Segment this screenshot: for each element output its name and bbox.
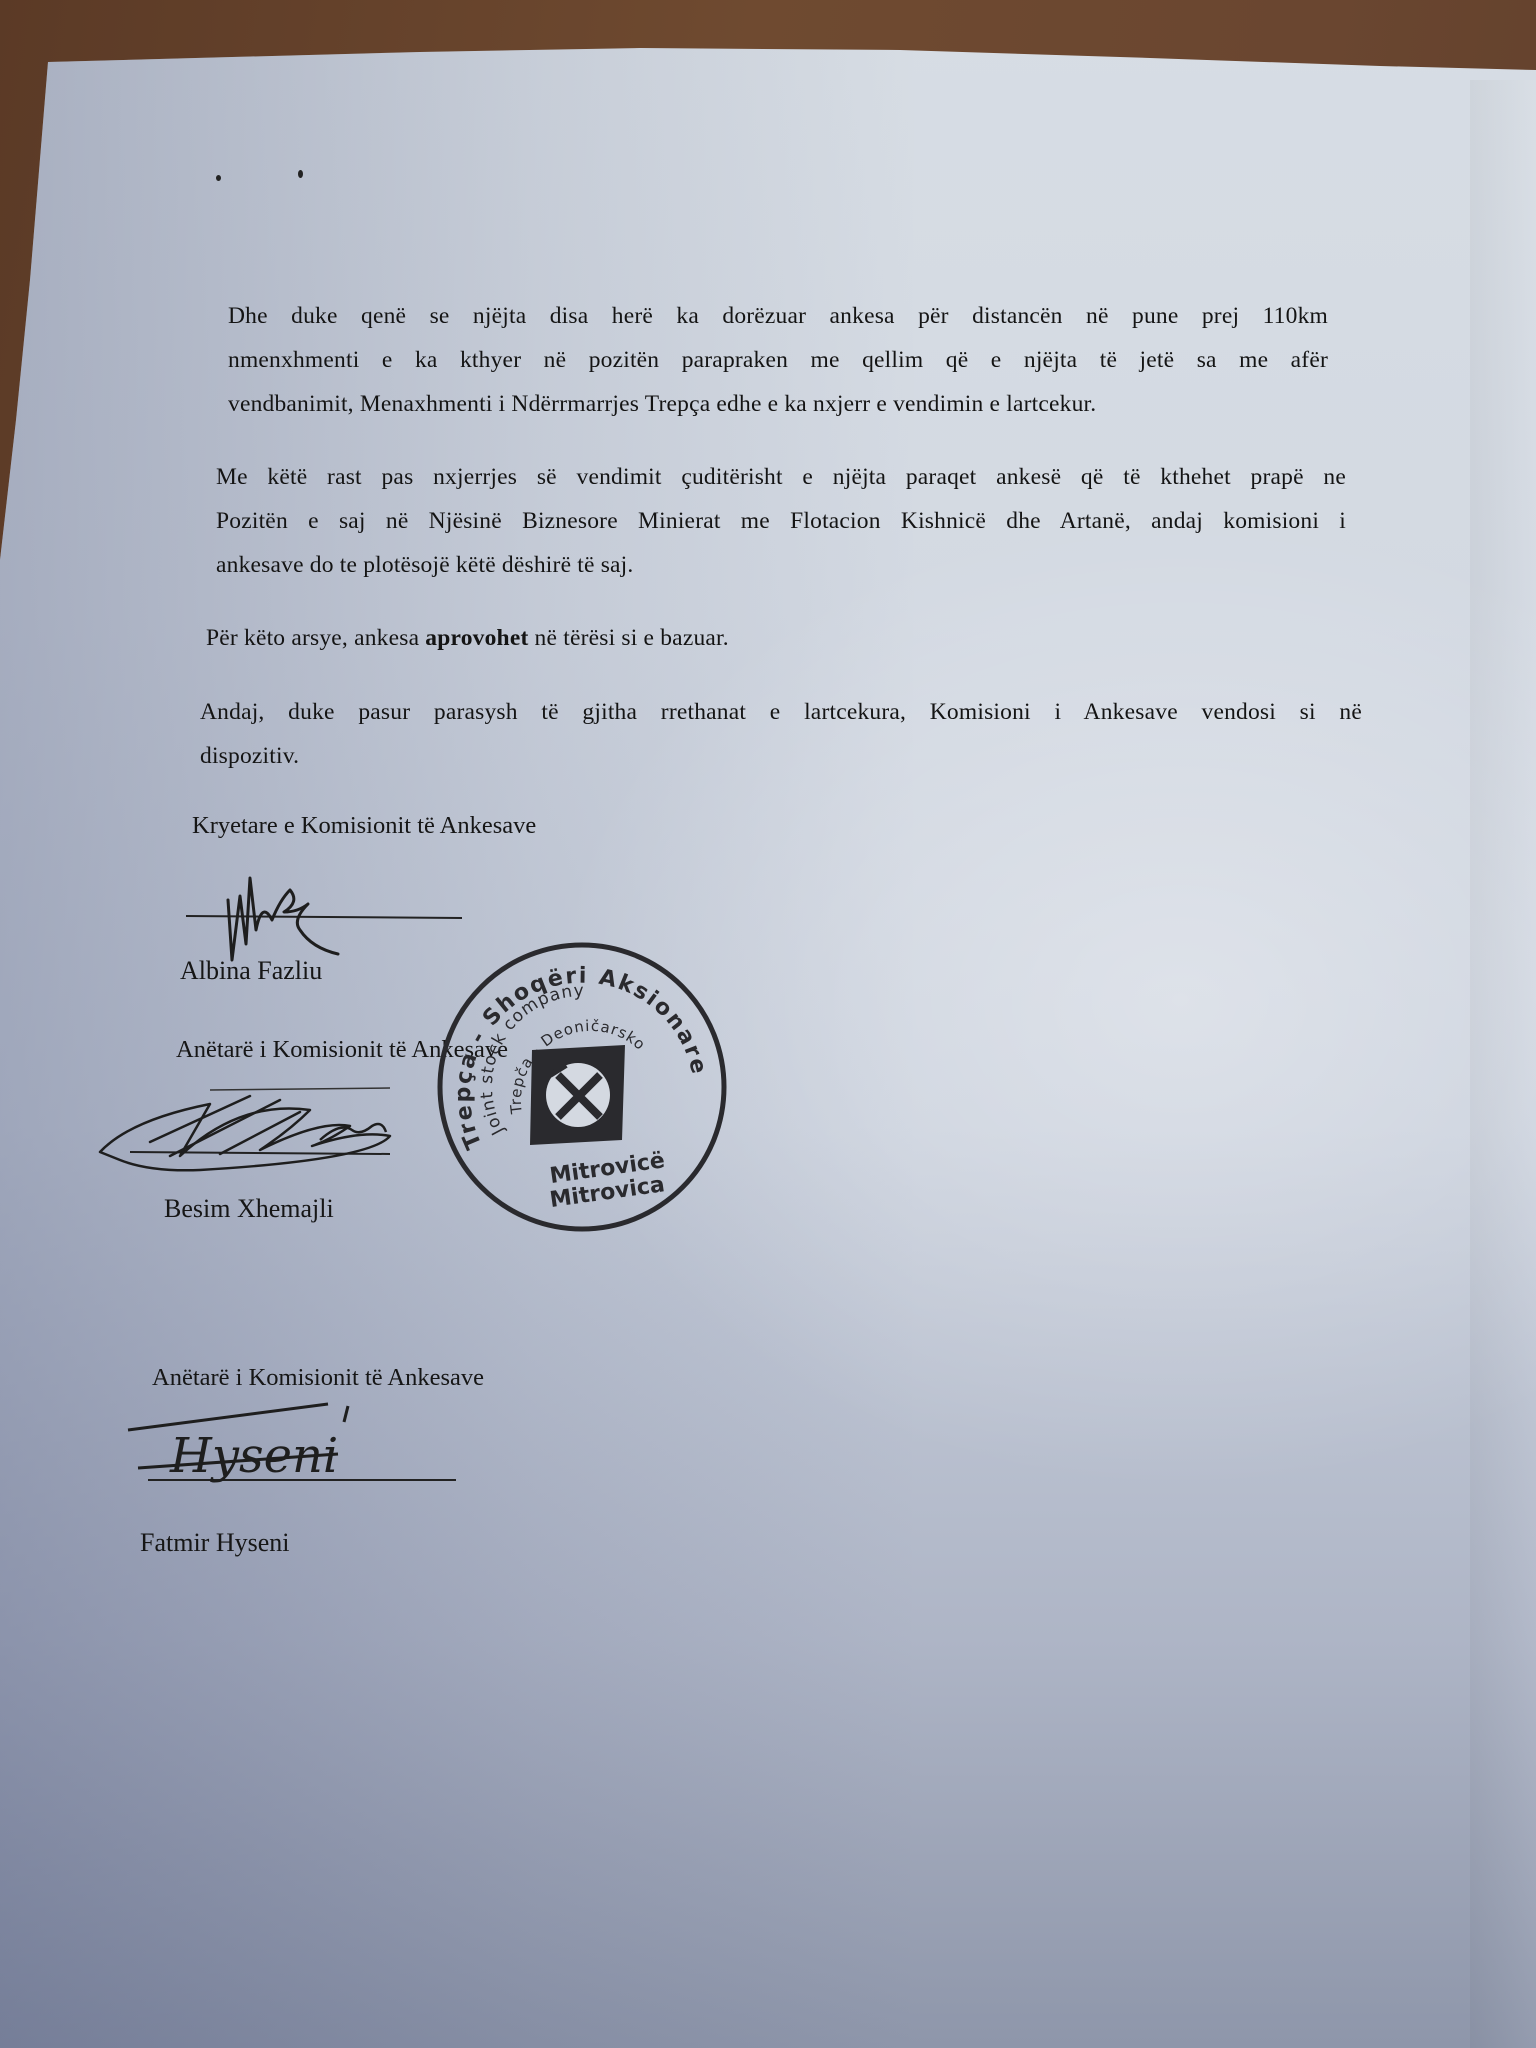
paragraph-2: Me këtë rast pas nxjerrjes së vendimit ç… — [216, 455, 1346, 587]
paragraph-1: Dhe duke qenë se njëjta disa herë ka dor… — [228, 294, 1328, 426]
company-stamp: Trepça - Shoqëri Aksionare Joint stock c… — [430, 935, 735, 1240]
text-line: Andaj, duke pasur parasysh të gjitha rre… — [200, 690, 1362, 734]
signatory-role: Kryetare e Komisionit të Ankesave — [192, 812, 536, 840]
signatory-role: Anëtarë i Komisionit të Ankesave — [152, 1364, 484, 1392]
signatory-name: Besim Xhemajli — [164, 1194, 334, 1224]
signatory-name: Albina Fazliu — [180, 956, 322, 986]
text-line: nmenxhmenti e ka kthyer në pozitën parap… — [228, 338, 1328, 382]
signature-fatmir-hyseni: Hyseni — [118, 1396, 468, 1506]
text-line: Dhe duke qenë se njëjta disa herë ka dor… — [228, 294, 1328, 338]
text-line: vendbanimit, Menaxhmenti i Ndërrmarrjes … — [228, 382, 1328, 426]
stray-mark — [298, 170, 303, 178]
decision-word: aprovohet — [425, 625, 528, 651]
paragraph-3: Për këto arsye, ankesa aprovohet në tërë… — [206, 616, 1346, 660]
paragraph-4: Andaj, duke pasur parasysh të gjitha rre… — [200, 690, 1362, 778]
text-line: Me këtë rast pas nxjerrjes së vendimit ç… — [216, 455, 1346, 499]
svg-text:Hyseni: Hyseni — [169, 1428, 338, 1484]
mining-hammers-logo-icon — [530, 1045, 625, 1145]
signatory-name: Fatmir Hyseni — [140, 1528, 290, 1558]
text-line: Për këto arsye, ankesa aprovohet në tërë… — [206, 616, 1346, 660]
text-line: dispozitiv. — [200, 734, 1362, 778]
text-line: ankesave do te plotësojë këtë dëshirë të… — [216, 543, 1346, 587]
paper-fold-shadow — [1470, 80, 1536, 2048]
text-line: Pozitën e saj në Njësinë Biznesore Minie… — [216, 499, 1346, 543]
stray-mark — [216, 175, 221, 181]
